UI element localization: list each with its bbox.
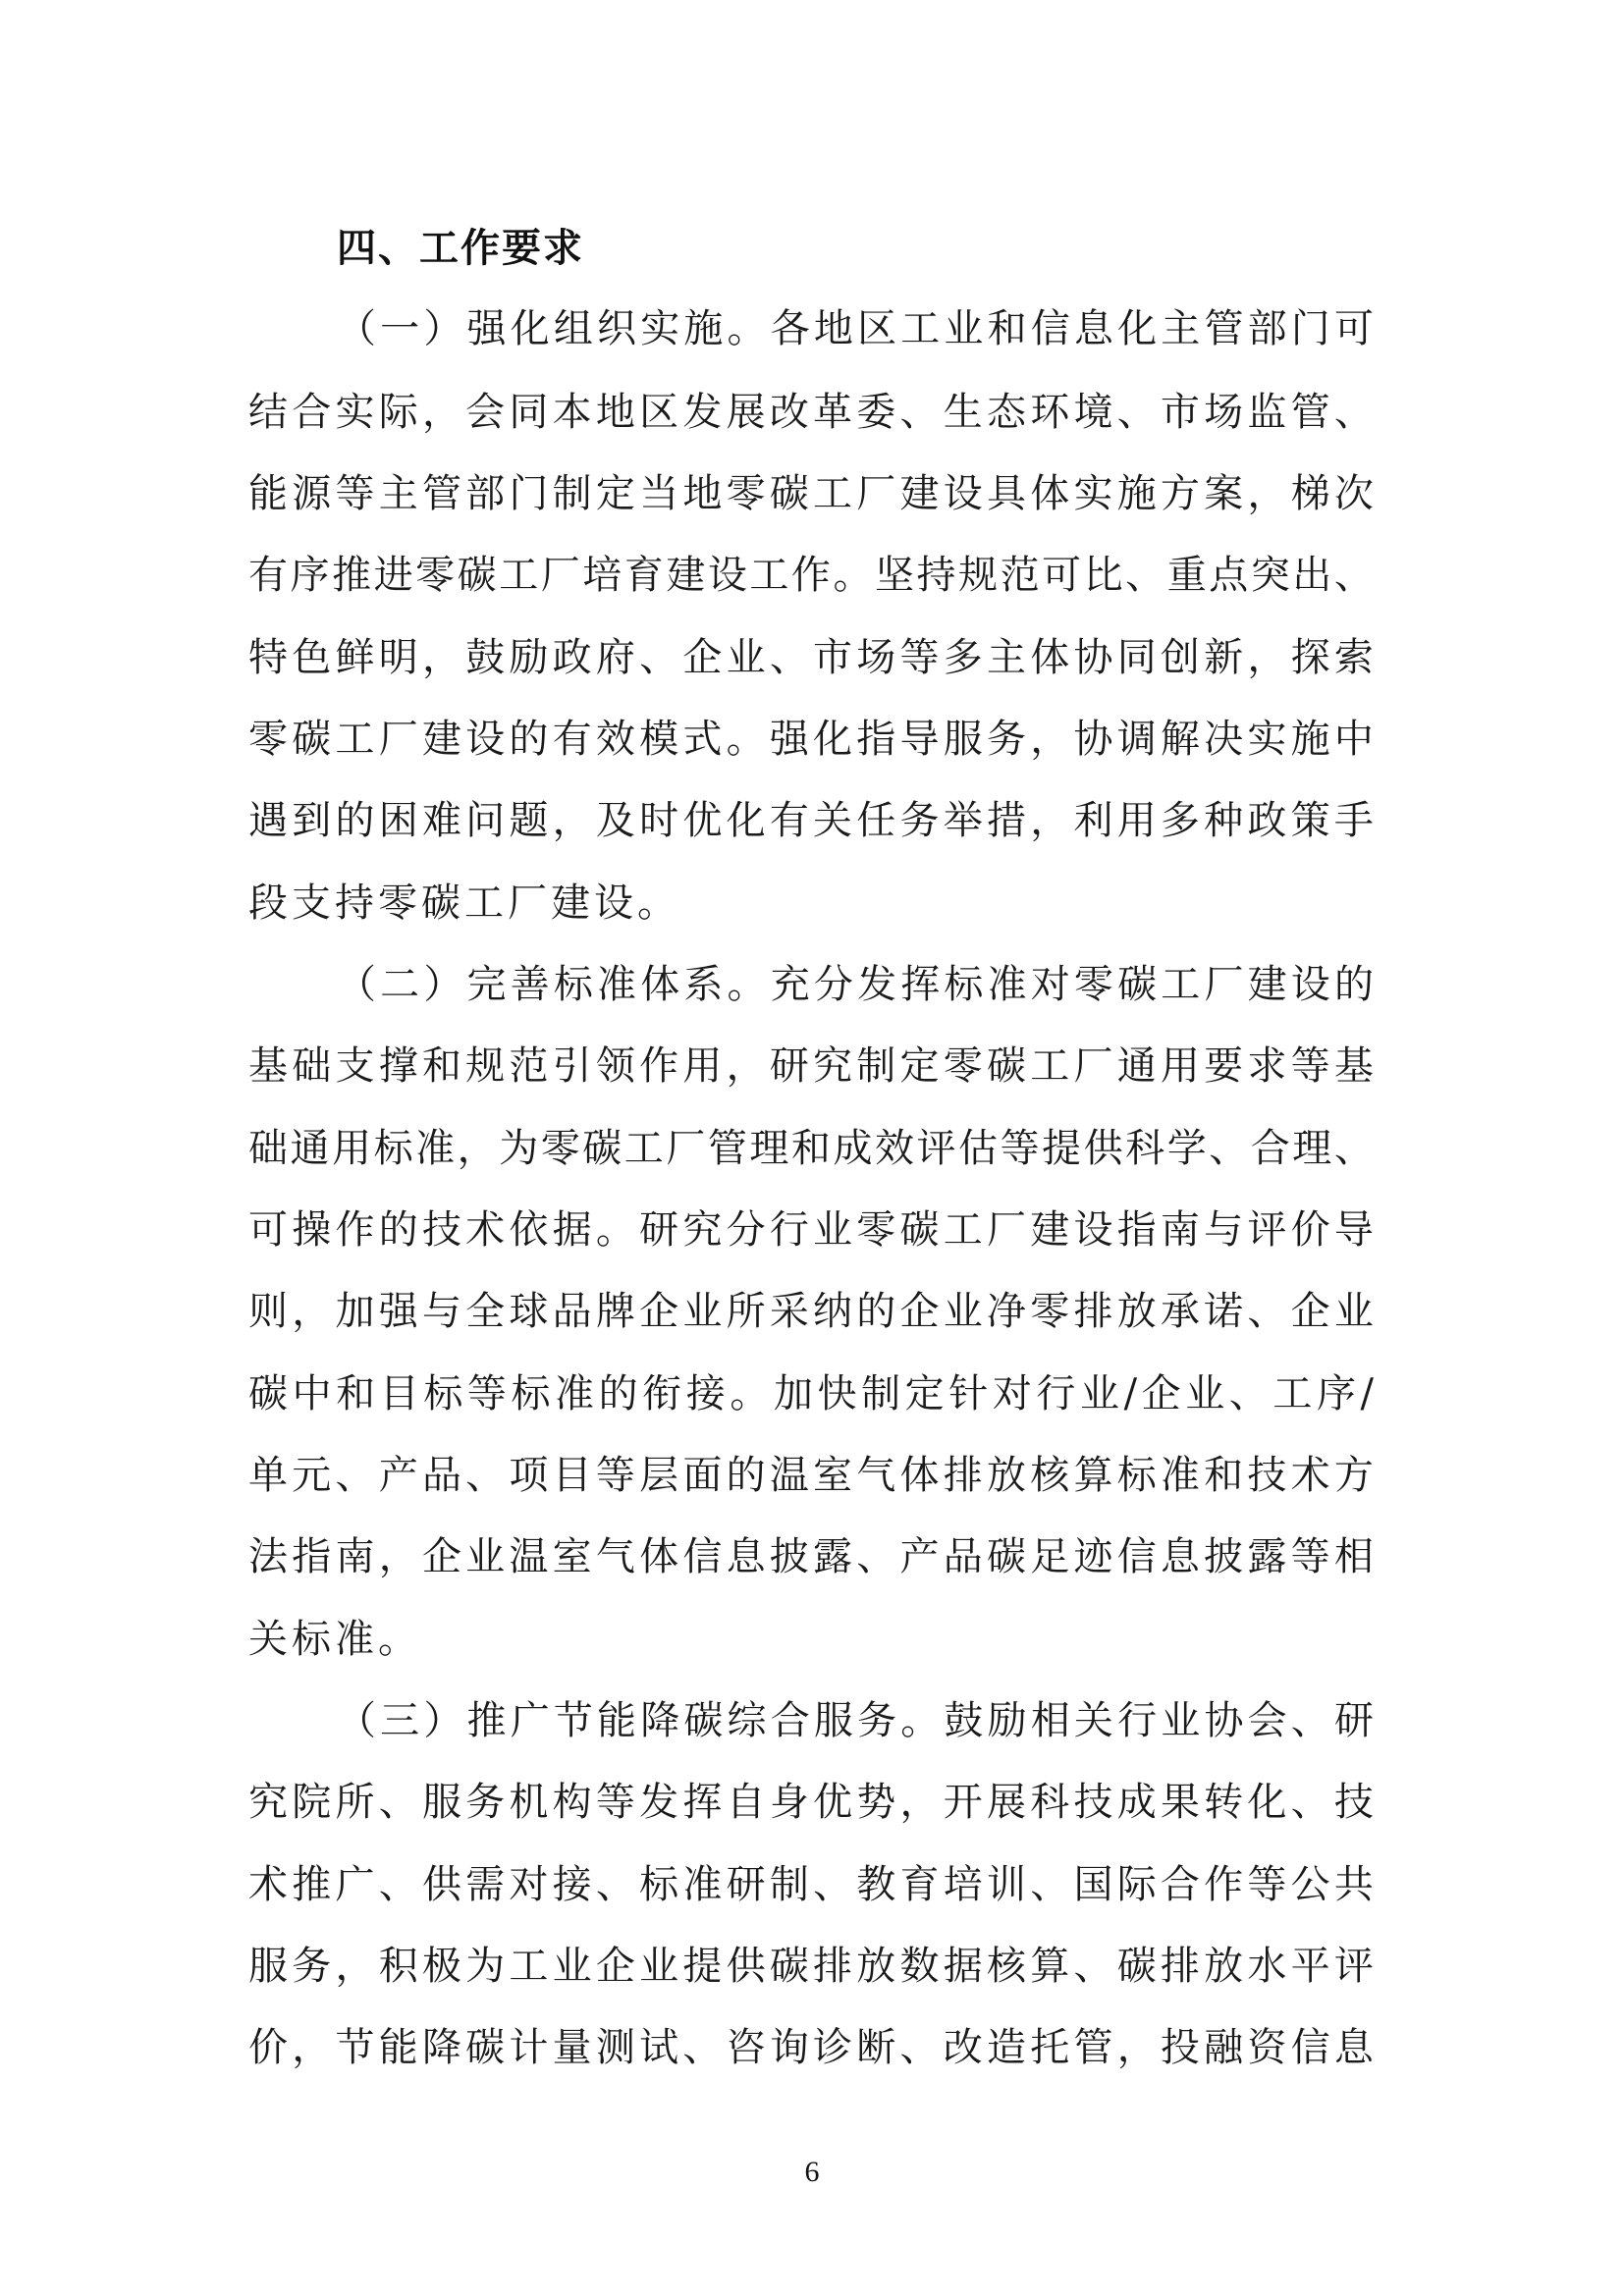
char: 碳 (248, 1369, 288, 1418)
char: 手 (1334, 796, 1374, 845)
char: 制 (770, 1860, 809, 1909)
char: ） (423, 1696, 462, 1745)
char: 价 (1291, 1205, 1330, 1255)
char: 化 (1247, 1778, 1286, 1827)
char: 则 (248, 1287, 288, 1336)
char: 、 (900, 388, 940, 437)
char: 及 (596, 796, 635, 845)
char: 要 (1204, 1041, 1243, 1091)
char: 数 (900, 1942, 940, 1991)
char: 投 (1161, 2023, 1200, 2072)
char: 二 (380, 960, 419, 1009)
char: 建 (1030, 1205, 1069, 1255)
char: 积 (379, 1942, 418, 1991)
paragraph-3-line-2: 究院所、服务机构等发挥自身优势，开展科技成果转化、技 (248, 1778, 1374, 1827)
char: 等 (1291, 1532, 1330, 1581)
char: 工 (624, 1124, 664, 1173)
char: 育 (900, 1860, 940, 1909)
char: 资 (1247, 2023, 1286, 2072)
char: 点 (1209, 551, 1248, 600)
char: 科 (1030, 1778, 1069, 1827)
char: 标 (554, 960, 593, 1009)
char: 厂 (666, 1124, 705, 1173)
char: 指 (856, 715, 895, 764)
char: 鼓 (465, 633, 505, 682)
char: 务 (900, 796, 940, 845)
char: 区 (639, 388, 678, 437)
char: 探 (1291, 633, 1330, 682)
char: 标 (639, 1860, 678, 1909)
char: 业 (727, 633, 766, 682)
char: 、 (770, 633, 809, 682)
char: 、 (379, 1778, 418, 1827)
char: 算 (1030, 1942, 1069, 1991)
char: 碳 (1117, 1942, 1157, 1991)
char: 导 (1334, 1205, 1374, 1255)
char: 温 (770, 1451, 809, 1500)
char: 领 (596, 1041, 635, 1091)
char: 制 (856, 1041, 895, 1091)
char: 为 (465, 1942, 505, 1991)
char: 到 (292, 796, 331, 845)
char: 设 (708, 551, 747, 600)
char: 政 (553, 633, 592, 682)
char: 革 (813, 388, 852, 437)
char: 能 (379, 2023, 418, 2072)
char: 工 (1161, 960, 1200, 1009)
char: 相 (1031, 1696, 1070, 1745)
char: 和 (336, 1369, 375, 1418)
char: 强 (770, 715, 809, 764)
char: 放 (987, 1451, 1026, 1500)
char: 息 (727, 1532, 766, 1581)
char: 可 (248, 1205, 288, 1255)
char: 标 (944, 960, 983, 1009)
char: 构 (553, 1778, 592, 1827)
char: 指 (1117, 1205, 1157, 1255)
char: 重 (1167, 551, 1207, 600)
char: / (1124, 1369, 1137, 1418)
char: 织 (597, 304, 636, 353)
char: ） (423, 304, 462, 353)
char: 碳 (900, 1205, 940, 1255)
char: 服 (814, 1696, 853, 1745)
char: 行 (1036, 1369, 1075, 1418)
char: 究 (248, 1778, 288, 1827)
char: 际 (1117, 1860, 1157, 1909)
paragraph-2-line-5: 则，加强与全球品牌企业所采纳的企业净零排放承诺、企业 (248, 1287, 1374, 1336)
char: 善 (511, 960, 550, 1009)
char: ， (335, 1942, 374, 1991)
char: 设 (1291, 960, 1330, 1009)
char: 管 (1291, 388, 1330, 437)
char: 充 (771, 960, 810, 1009)
char: 体 (1030, 633, 1069, 682)
char: 和 (791, 1124, 831, 1173)
char: 关 (813, 796, 852, 845)
char: 算 (1073, 1451, 1112, 1500)
char: 管 (1204, 304, 1243, 353)
char: ， (900, 1778, 940, 1827)
char: 府 (596, 633, 635, 682)
char: 序 (291, 551, 330, 600)
char: 排 (944, 1451, 983, 1500)
char: 、 (335, 1451, 374, 1500)
char: 种 (1204, 796, 1243, 845)
char: 业 (1161, 1696, 1200, 1745)
paragraph-2-line-4: 可操作的技术依据。研究分行业零碳工厂建设指南与评价导 (248, 1205, 1374, 1255)
char: 信 (1117, 1532, 1157, 1581)
paragraph-2-line-9: 关标准。 (248, 1615, 1374, 1664)
char: 迹 (1073, 1532, 1112, 1581)
char: 遇 (248, 796, 288, 845)
char: 融 (1204, 2023, 1243, 2072)
char: 放 (856, 1942, 895, 1991)
char: 组 (554, 304, 593, 353)
char: 净 (987, 1287, 1026, 1336)
char: 信 (1291, 2023, 1330, 2072)
char: 础 (248, 1124, 288, 1173)
char: 咨 (727, 2023, 766, 2072)
char: 合 (292, 388, 331, 437)
char: 导 (900, 715, 940, 764)
char: 与 (422, 1287, 461, 1336)
char: ， (553, 796, 592, 845)
char: 节 (554, 1696, 593, 1745)
char: 等 (335, 469, 374, 518)
char: 成 (833, 1124, 872, 1173)
char: 进 (374, 551, 413, 600)
char: 的 (599, 1369, 638, 1418)
char: 用 (332, 1124, 371, 1173)
char: 实 (1247, 715, 1286, 764)
char: 标 (511, 1369, 550, 1418)
char: 管 (708, 1124, 747, 1173)
char: 开 (944, 1778, 983, 1827)
char: 能 (597, 1696, 636, 1745)
char: 极 (422, 1942, 461, 1991)
char: 碳 (683, 1696, 723, 1745)
section-heading: 四、工作要求 (337, 224, 584, 273)
char: 的 (1334, 960, 1374, 1009)
char: 技 (422, 1205, 461, 1255)
char: / (1361, 1369, 1374, 1418)
char: 范 (509, 1041, 548, 1091)
char: 举 (944, 796, 983, 845)
char: 式 (682, 715, 722, 764)
char: 、 (465, 1451, 505, 1500)
char: 零 (1030, 1287, 1069, 1336)
char: 准 (988, 960, 1027, 1009)
char: 明 (379, 633, 418, 682)
char: ， (1030, 715, 1069, 764)
char: 供 (727, 1942, 766, 1991)
char: 企 (1291, 1287, 1330, 1336)
char: 技 (1334, 1778, 1374, 1827)
char: 零 (727, 469, 766, 518)
char: 地 (814, 304, 853, 353)
char: 时 (639, 796, 678, 845)
char: 提 (1042, 1124, 1081, 1173)
char: 转 (1204, 1778, 1243, 1827)
char: 础 (292, 1041, 331, 1091)
char: 、 (1334, 551, 1374, 600)
char: 对 (1031, 960, 1070, 1009)
char: 业 (1334, 1287, 1374, 1336)
char: 术 (248, 1860, 288, 1909)
char: 结 (248, 388, 288, 437)
char: 院 (292, 1778, 331, 1827)
char: 与 (1204, 1205, 1243, 1255)
char: 合 (1161, 1860, 1200, 1909)
char: 、 (1209, 1124, 1248, 1173)
char: 协 (1204, 1696, 1243, 1745)
char: 项 (509, 1451, 548, 1500)
char: 主 (1161, 304, 1200, 353)
char: 训 (987, 1860, 1026, 1909)
char: 政 (1247, 796, 1286, 845)
char: 单 (248, 1451, 288, 1500)
char: ， (422, 388, 461, 437)
char: 方 (1334, 1451, 1374, 1500)
char: 模 (639, 715, 678, 764)
char: 合 (771, 1696, 810, 1745)
char: 作 (791, 551, 831, 600)
char: 和 (988, 304, 1027, 353)
char: 询 (770, 2023, 809, 2072)
char: 业 (944, 1287, 983, 1336)
char: ， (1247, 633, 1286, 682)
paragraph-2-line-8: 法指南，企业温室气体信息披露、产品碳足迹信息披露等相 (248, 1532, 1374, 1581)
char: 评 (917, 1124, 956, 1173)
char: 态 (987, 388, 1026, 437)
char: 碳 (458, 551, 497, 600)
char: 管 (1073, 2023, 1112, 2072)
char: 等 (1001, 1124, 1040, 1173)
char: 对 (993, 1369, 1032, 1418)
char: 加 (774, 1369, 813, 1418)
char: 企 (1142, 1369, 1181, 1418)
char: 实 (640, 304, 679, 353)
char: 撑 (379, 1041, 418, 1091)
char: 、 (1117, 388, 1157, 437)
char: 发 (857, 960, 896, 1009)
char: ， (292, 1287, 331, 1336)
char: 业 (553, 1942, 592, 1991)
char: 场 (856, 633, 895, 682)
char: （ (337, 1696, 376, 1745)
char: 等 (596, 1778, 635, 1827)
char: 企 (422, 1532, 461, 1581)
char: 工 (1272, 1369, 1312, 1418)
char: 协 (1073, 715, 1112, 764)
char: 接 (553, 1860, 592, 1909)
char: 术 (465, 1205, 505, 1255)
char: ， (422, 633, 461, 682)
char: 委 (856, 388, 895, 437)
char: 务 (465, 1778, 505, 1827)
char: 化 (727, 796, 766, 845)
char: 际 (379, 388, 418, 437)
char: 所 (727, 1287, 766, 1336)
paragraph-2-line-3: 础通用标准，为零碳工厂管理和成效评估等提供科学、合理、 (248, 1124, 1374, 1173)
char: 业 (944, 304, 983, 353)
char: 水 (1247, 1942, 1286, 1991)
char: 行 (1117, 1696, 1157, 1745)
char: 管 (422, 469, 461, 518)
char: 碳 (465, 2023, 505, 2072)
char: ） (423, 960, 462, 1009)
char: 技 (1073, 1778, 1112, 1827)
char: 体 (1030, 469, 1069, 518)
char: 试 (639, 2023, 678, 2072)
char: 零 (541, 1124, 580, 1173)
char: 调 (1117, 715, 1157, 764)
char: 有 (770, 796, 809, 845)
char: 通 (291, 1124, 330, 1173)
char: 造 (987, 2023, 1026, 2072)
char: 方 (1161, 469, 1200, 518)
char: 育 (624, 551, 664, 600)
char: 实 (335, 388, 374, 437)
char: 能 (248, 469, 288, 518)
char: 、 (1229, 1369, 1269, 1418)
char: 诊 (813, 2023, 852, 2072)
char: 等 (596, 1451, 635, 1500)
paragraph-1-line-6: 零碳工厂建设的有效模式。强化指导服务，协调解决实施中 (248, 715, 1374, 764)
char: 降 (640, 1696, 679, 1745)
char: 的 (856, 1287, 895, 1336)
char: 广 (335, 1860, 374, 1909)
char: 设 (1073, 1205, 1112, 1255)
char: 据 (553, 1205, 592, 1255)
char: 创 (1161, 633, 1200, 682)
char: 化 (511, 304, 550, 353)
char: 标 (374, 1124, 413, 1173)
char: 施 (1117, 469, 1157, 518)
char: 排 (813, 1942, 852, 1991)
char: 境 (1073, 388, 1112, 437)
char: 、 (1334, 1124, 1374, 1173)
char: 法 (248, 1532, 288, 1581)
char: 元 (292, 1451, 331, 1500)
char: 室 (553, 1532, 592, 1581)
char: 当 (639, 469, 678, 518)
char: 环 (1030, 388, 1069, 437)
char: 强 (379, 1287, 418, 1336)
char: 零 (856, 1205, 895, 1255)
char: 披 (770, 1532, 809, 1581)
char: 市 (1161, 388, 1200, 437)
char: 门 (509, 469, 548, 518)
char: 发 (639, 1778, 678, 1827)
char: 、 (1334, 388, 1374, 437)
char: 碳 (987, 1041, 1026, 1091)
char: 。 (833, 551, 872, 600)
char: 品 (422, 1451, 461, 1500)
char: 、 (379, 1860, 418, 1909)
char: 准 (555, 1369, 594, 1418)
char: 用 (1117, 796, 1157, 845)
char: 究 (813, 1041, 852, 1091)
char: 工 (944, 1205, 983, 1255)
char: 、 (856, 1532, 895, 1581)
char: 托 (1030, 2023, 1069, 2072)
char: 研 (770, 1041, 809, 1091)
char: 据 (944, 1942, 983, 1991)
char: 广 (511, 1696, 550, 1745)
char: 解 (1161, 715, 1200, 764)
char: 推 (292, 1860, 331, 1909)
char: 系 (683, 960, 723, 1009)
char: ， (1247, 469, 1286, 518)
char: 厂 (379, 715, 418, 764)
char: 施 (683, 304, 723, 353)
char: 对 (509, 1860, 548, 1909)
char: 求 (1247, 1041, 1286, 1091)
paragraph-2-line-7: 单元、产品、项目等层面的温室气体排放核算标准和技术方 (248, 1451, 1374, 1500)
char: 碳 (987, 1532, 1026, 1581)
char: 和 (422, 1041, 461, 1091)
char: 标 (1117, 1451, 1157, 1500)
char: 需 (465, 1860, 505, 1909)
char: 承 (1161, 1287, 1200, 1336)
char: 、 (682, 2023, 722, 2072)
char: 自 (727, 1778, 766, 1827)
char: 比 (1084, 551, 1123, 600)
char: 零 (944, 1041, 983, 1091)
char: 核 (1030, 1451, 1069, 1500)
char: 核 (987, 1942, 1026, 1991)
char: 气 (856, 1451, 895, 1500)
char: 可 (1042, 551, 1081, 600)
char: 教 (856, 1860, 895, 1909)
paragraph-2-line-1: （二）完善标准体系。充分发挥标准对零碳工厂建设的 (337, 960, 1374, 1009)
char: 业 (813, 1205, 852, 1255)
char: 公 (1291, 1860, 1330, 1909)
char: 通 (1117, 1041, 1157, 1091)
char: 务 (857, 1696, 896, 1745)
char: 施 (1291, 715, 1330, 764)
char: 会 (1248, 1696, 1287, 1745)
char: 化 (813, 715, 852, 764)
char: 利 (1073, 796, 1112, 845)
char: 研 (727, 1860, 766, 1909)
char: 。 (730, 1369, 769, 1418)
char: 碳 (292, 715, 331, 764)
char: 势 (856, 1778, 895, 1827)
char: 厂 (856, 469, 895, 518)
char: 放 (1204, 1942, 1243, 1991)
char: 身 (770, 1778, 809, 1827)
char: 题 (509, 796, 548, 845)
char: 、 (1125, 551, 1164, 600)
char: 指 (292, 1532, 331, 1581)
char: 励 (988, 1696, 1027, 1745)
char: 碳 (582, 1124, 622, 1173)
char: 业 (1185, 1369, 1224, 1418)
char: 纳 (813, 1287, 852, 1336)
char: ， (458, 1124, 497, 1173)
char: 工 (749, 551, 788, 600)
paragraph-2-line-6: 碳中和目标等标准的衔接。加快制定针对行业/企业、工序/ (248, 1369, 1374, 1418)
char: 挥 (682, 1778, 722, 1827)
char: 部 (1248, 304, 1287, 353)
char: 工 (499, 551, 538, 600)
char: 企 (639, 1287, 678, 1336)
char: 产 (900, 1532, 940, 1581)
char: 息 (1074, 304, 1113, 353)
